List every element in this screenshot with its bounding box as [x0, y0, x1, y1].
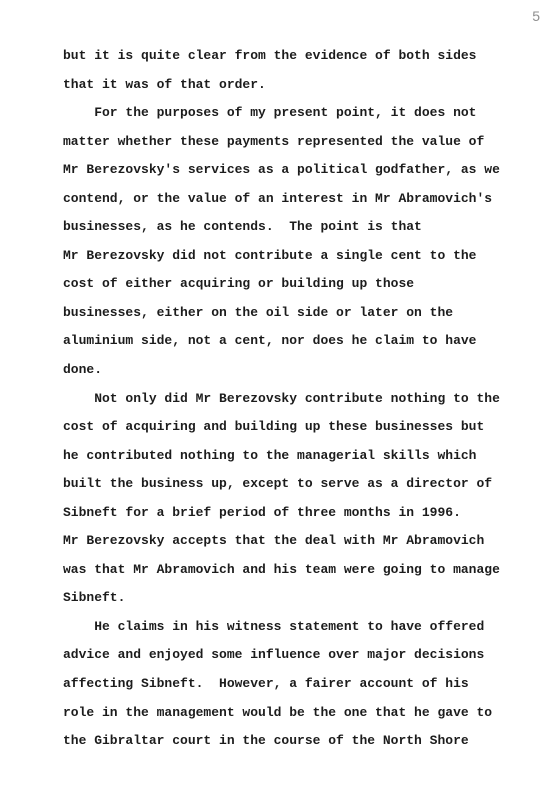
- text-line: done.: [63, 356, 500, 385]
- text-line: matter whether these payments represente…: [63, 128, 500, 157]
- text-line: cost of either acquiring or building up …: [63, 270, 500, 299]
- text-line: affecting Sibneft. However, a fairer acc…: [63, 670, 500, 699]
- text-line: aluminium side, not a cent, nor does he …: [63, 327, 500, 356]
- text-line: built the business up, except to serve a…: [63, 470, 500, 499]
- text-line: that it was of that order.: [63, 71, 500, 100]
- text-line: Mr Berezovsky accepts that the deal with…: [63, 527, 500, 556]
- text-line: Mr Berezovsky did not contribute a singl…: [63, 242, 500, 271]
- text-line: Sibneft.: [63, 584, 500, 613]
- text-line: businesses, either on the oil side or la…: [63, 299, 500, 328]
- page-number: 5: [532, 8, 540, 24]
- text-line: he contributed nothing to the managerial…: [63, 442, 500, 471]
- text-line: Not only did Mr Berezovsky contribute no…: [63, 385, 500, 414]
- document-page: 5 but it is quite clear from the evidenc…: [0, 0, 558, 789]
- text-line: but it is quite clear from the evidence …: [63, 42, 500, 71]
- text-line: was that Mr Abramovich and his team were…: [63, 556, 500, 585]
- text-line: advice and enjoyed some influence over m…: [63, 641, 500, 670]
- text-line: cost of acquiring and building up these …: [63, 413, 500, 442]
- text-line: For the purposes of my present point, it…: [63, 99, 500, 128]
- text-line: the Gibraltar court in the course of the…: [63, 727, 500, 756]
- text-line: Mr Berezovsky's services as a political …: [63, 156, 500, 185]
- text-line: businesses, as he contends. The point is…: [63, 213, 500, 242]
- text-line: Sibneft for a brief period of three mont…: [63, 499, 500, 528]
- transcript-body: but it is quite clear from the evidence …: [63, 42, 500, 756]
- text-line: role in the management would be the one …: [63, 699, 500, 728]
- text-line: He claims in his witness statement to ha…: [63, 613, 500, 642]
- text-line: contend, or the value of an interest in …: [63, 185, 500, 214]
